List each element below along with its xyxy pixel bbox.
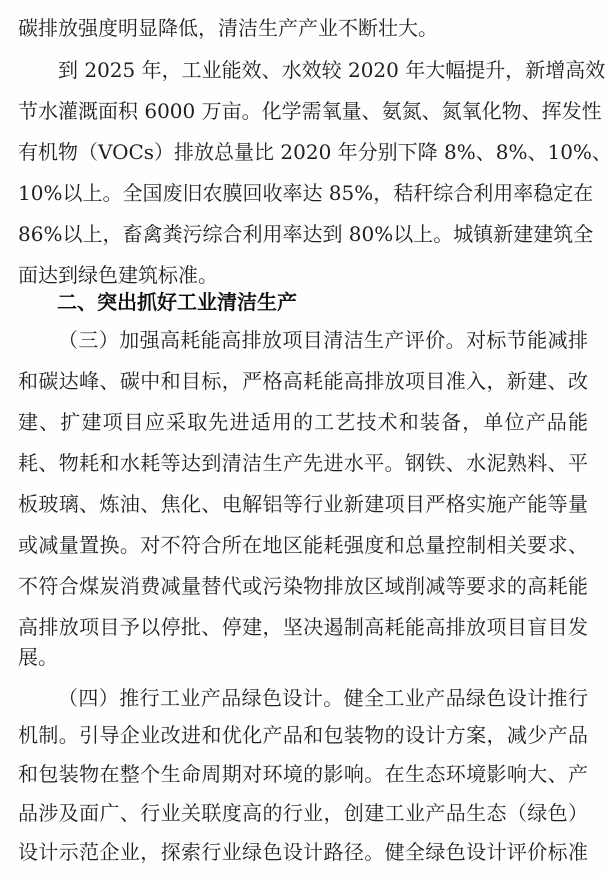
paragraph-line: 建、扩建项目应采取先进适用的工艺技术和装备，单位产品能 <box>18 407 588 437</box>
paragraph-line: 10%以上。全国废旧农膜回收率达 85%，秸秆综合利用率稳定在 <box>18 178 588 208</box>
paragraph-line: 节水灌溉面积 6000 万亩。化学需氧量、氨氮、氮氧化物、挥发性 <box>18 96 588 126</box>
document-page: 碳排放强度明显降低，清洁生产产业不断壮大。 到 2025 年，工业能效、水效较 … <box>0 0 605 879</box>
paragraph-line: 不符合煤炭消费减量替代或污染物排放区域削减等要求的高耗能 <box>18 571 588 601</box>
paragraph-line: 到 2025 年，工业能效、水效较 2020 年大幅提升，新增高效 <box>58 55 588 85</box>
paragraph-line: 高排放项目予以停批、停建，坚决遏制高耗能高排放项目盲目发 <box>18 612 588 642</box>
paragraph-line: 板玻璃、炼油、焦化、电解铝等行业新建项目严格实施产能等量 <box>18 489 588 519</box>
paragraph-line: 和包装物在整个生命周期对环境的影响。在生态环境影响大、产 <box>18 759 588 789</box>
paragraph-line: （三）加强高耗能高排放项目清洁生产评价。对标节能减排 <box>58 325 588 355</box>
paragraph-line: 碳排放强度明显降低，清洁生产产业不断壮大。 <box>18 13 588 43</box>
paragraph-line: 设计示范企业，探索行业绿色设计路径。健全绿色设计评价标准 <box>18 837 588 867</box>
paragraph-line: 有机物（VOCs）排放总量比 2020 年分别下降 8%、8%、10%、 <box>18 137 588 167</box>
paragraph-line: 品涉及面广、行业关联度高的行业，创建工业产品生态（绿色） <box>18 798 588 828</box>
paragraph-line: （四）推行工业产品绿色设计。健全工业产品绿色设计推行 <box>58 683 588 713</box>
paragraph-line: 机制。引导企业改进和优化产品和包装物的设计方案，减少产品 <box>18 720 588 750</box>
paragraph-line: 86%以上，畜禽粪污综合利用率达到 80%以上。城镇新建建筑全 <box>18 219 588 249</box>
paragraph-line: 或减量置换。对不符合所在地区能耗强度和总量控制相关要求、 <box>18 530 588 560</box>
section-heading: 二、突出抓好工业清洁生产 <box>57 287 297 317</box>
paragraph-line: 面达到绿色建筑标准。 <box>18 260 588 290</box>
paragraph-line: 耗、物耗和水耗等达到清洁生产先进水平。钢铁、水泥熟料、平 <box>18 448 588 478</box>
paragraph-line: 展。 <box>18 642 588 672</box>
paragraph-line: 和碳达峰、碳中和目标，严格高耗能高排放项目准入，新建、改 <box>18 366 588 396</box>
